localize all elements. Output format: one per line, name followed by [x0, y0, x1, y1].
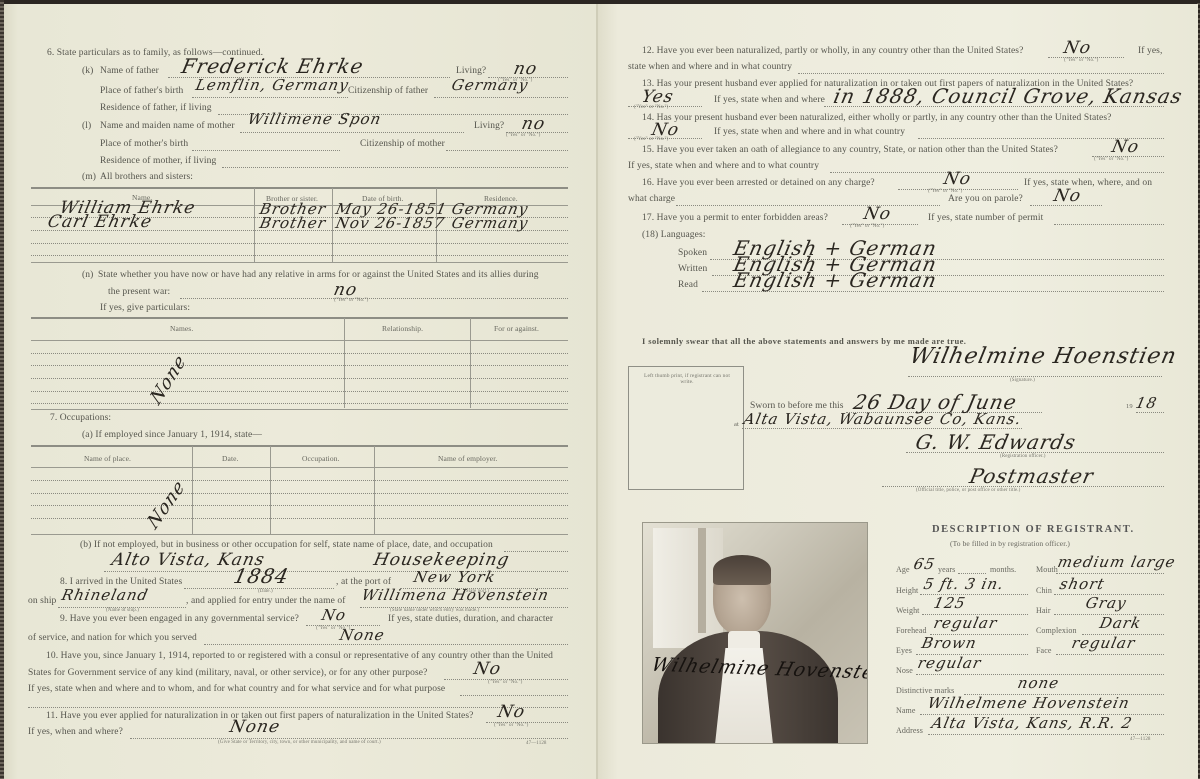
table-header-rule [31, 467, 568, 468]
table-bottom-rule [31, 262, 568, 263]
parole-answer: No [1052, 186, 1083, 206]
table-row-line [31, 391, 568, 392]
q10-question-cont: States for Government service of any kin… [28, 668, 427, 678]
q12-followup-line [798, 73, 1164, 74]
signature-hint: (Signature.) [1010, 378, 1035, 383]
q11-followup-hint: (Give State or Territory, city, town, or… [218, 740, 381, 745]
q15-followup: If yes, state when and where and to what… [628, 161, 819, 171]
q11-followup-answer: None [228, 717, 282, 737]
table-col-divider [254, 188, 255, 262]
col-header-place: Name of place. [84, 454, 131, 463]
q12-answer: No [1062, 38, 1093, 58]
hair-value: Gray [1084, 594, 1128, 612]
relatives-question-cont: the present war: [108, 287, 170, 297]
parole-label: Are you on parole? [948, 194, 1023, 204]
height-value: 5 ft. 3 in. [922, 575, 1006, 593]
chin-value: short [1058, 575, 1106, 593]
years-label: years [938, 565, 955, 574]
form-number: 47—1128 [526, 741, 547, 746]
table-row-line [31, 255, 568, 256]
q10-followup-line [460, 695, 568, 696]
year-line [1136, 412, 1164, 413]
relatives-question: State whether you have now or have had a… [98, 270, 539, 280]
col-header-date: Date. [222, 454, 239, 463]
sibling-dob: Nov 26-1857 [334, 214, 447, 232]
table-row-line [31, 518, 568, 519]
ship-value: Rhineland [60, 586, 150, 604]
weight-value: 125 [932, 594, 967, 612]
section7-heading: 7. Occupations: [50, 413, 111, 423]
mother-marker: (l) [82, 121, 91, 131]
father-name-label: Name of father [100, 66, 159, 76]
address-value: Alta Vista, Kans, R.R. 2 [930, 714, 1134, 732]
q10-answer: No [472, 659, 503, 679]
col-header-occupation: Occupation. [302, 454, 340, 463]
age-value: 65 [912, 555, 937, 573]
q16-followup-line [676, 205, 940, 206]
chin-label: Chin [1036, 586, 1052, 595]
q9-followup: If yes, state duties, duration, and char… [388, 614, 553, 624]
father-birth-value: Lemflin, Germany [194, 76, 351, 94]
mother-citizenship-label: Citizenship of mother [360, 139, 445, 149]
table-col-divider [192, 446, 193, 534]
at-value: Alta Vista, Wabaunsee Co, Kans. [742, 410, 1023, 428]
q14-followup: If yes, state when and where and in what… [714, 127, 905, 137]
weight-label: Weight [896, 606, 920, 615]
description-heading: DESCRIPTION OF REGISTRANT. [932, 524, 1135, 535]
height-label: Height [896, 586, 918, 595]
q10-followup-line2 [28, 707, 568, 708]
q12-followup-cont: state when and where and in what country [628, 62, 792, 72]
mother-residence-line [222, 167, 568, 168]
relatives-hint: ("Yes" or "No.") [334, 298, 368, 303]
father-residence-label: Residence of father, if living [100, 103, 212, 113]
q13-hint: ("Yes" or "No.") [634, 105, 668, 110]
entry-name-hint: (State name under which entry was made.) [390, 608, 479, 613]
mother-living-label: Living? [474, 121, 504, 131]
table-row-line [31, 353, 568, 354]
q10-followup: If yes, state when and where and to whom… [28, 684, 445, 694]
face-line [1056, 654, 1164, 655]
signature-line [908, 376, 1162, 377]
complexion-value: Dark [1098, 614, 1143, 632]
written-label: Written [678, 264, 707, 274]
forehead-value: regular [932, 614, 999, 632]
col-header-for-against: For or against. [494, 324, 539, 333]
applied-label: , and applied for entry under the name o… [186, 596, 345, 606]
officer-name: G. W. Edwards [913, 430, 1078, 454]
q16-question: 16. Have you ever been arrested or detai… [642, 178, 875, 188]
siblings-label: All brothers and sisters: [100, 172, 193, 182]
name-label: Name [896, 706, 916, 715]
table-row-line [31, 243, 568, 244]
thumbprint-box: Left thumb print, if registrant can not … [628, 366, 744, 490]
sibling-residence: Germany [450, 214, 530, 232]
q11-followup: If yes, when and where? [28, 727, 123, 737]
forehead-label: Forehead [896, 626, 927, 635]
not-employed-occupation: Housekeeping [372, 550, 512, 570]
arrived-date: 1884 [231, 564, 291, 588]
right-page: 12. Have you ever been naturalized, part… [598, 4, 1198, 779]
mouth-value: medium large [1056, 553, 1177, 571]
oath-signature: Wilhelmine Hoenstien [907, 344, 1179, 369]
q14-question: 14. Has your present husband ever been n… [642, 113, 1111, 123]
mouth-label: Mouth [1036, 565, 1058, 574]
q16-followup-cont: what charge [628, 194, 675, 204]
arrived-date-hint: (Date.) [258, 589, 273, 594]
q9-followup-line [204, 644, 568, 645]
mother-residence-label: Residence of mother, if living [100, 156, 216, 166]
relatives-marker: (n) [82, 270, 93, 280]
description-subheading: (To be filled in by registration officer… [950, 539, 1070, 548]
q15-hint: ("Yes" or "No.") [1094, 157, 1128, 162]
q11-followup-line [130, 738, 568, 739]
registrant-photo: Wilhelmine Hovenstein [642, 522, 868, 744]
table-col-divider [270, 446, 271, 534]
q13-answer: Yes [640, 87, 676, 107]
father-name-value: Frederick Ehrke [179, 54, 366, 78]
q13-followup-answer: in 1888, Council Grove, Kansas [831, 84, 1184, 108]
read-value: English + German [731, 268, 939, 292]
relatives-answer: no [332, 280, 359, 300]
q11-answer: No [496, 702, 527, 722]
table-rule [31, 317, 568, 319]
q16-answer: No [942, 169, 973, 189]
officer-hint: (Registration officer.) [1000, 454, 1046, 459]
q17-hint: ("Yes" or "No.") [850, 224, 884, 229]
sibling-name: Carl Ehrke [46, 212, 154, 232]
q9-followup-cont: of service, and nation for which you ser… [28, 633, 197, 643]
q9-answer: No [320, 606, 348, 624]
read-label: Read [678, 280, 698, 290]
col-header-employer: Name of employer. [438, 454, 497, 463]
ship-hint: (Name of ship.) [106, 608, 139, 613]
father-birth-line [192, 97, 348, 98]
table-col-divider [332, 188, 333, 262]
col-header-names: Names. [170, 324, 193, 333]
address-line [928, 734, 1164, 735]
ship-label: on ship [28, 596, 56, 606]
face-value: regular [1070, 634, 1137, 652]
q15-question: 15. Have you ever taken an oath of alleg… [642, 145, 1058, 155]
q15-followup-line [830, 172, 1164, 173]
age-label: Age [896, 565, 910, 574]
table-col-divider [374, 446, 375, 534]
q12-question: 12. Have you ever been naturalized, part… [642, 46, 1023, 56]
table-col-divider [470, 318, 471, 408]
mother-birth-label: Place of mother's birth [100, 139, 188, 149]
father-living-label: Living? [456, 66, 486, 76]
mother-name-label: Name and maiden name of mother [100, 121, 235, 131]
father-citizenship-line [434, 97, 568, 98]
q15-answer: No [1110, 137, 1141, 157]
q17-followup-line [1054, 224, 1164, 225]
complexion-label: Complexion [1036, 626, 1077, 635]
relatives-entry: None [147, 350, 190, 410]
nose-value: regular [916, 654, 983, 672]
mother-living-hint: ("Yes" or "No.") [506, 133, 540, 138]
table-bottom-rule [31, 534, 568, 535]
relatives-answer-line [180, 298, 568, 299]
table-row-line [31, 365, 568, 366]
form-number-right: 47—1128 [1130, 737, 1151, 742]
mother-citizenship-line [446, 150, 568, 151]
table-row-line [31, 493, 568, 494]
officer-title: Postmaster [967, 464, 1096, 488]
entry-name: Willimena Hovenstein [360, 586, 551, 604]
year-prefix: 19 [1126, 403, 1133, 410]
languages-heading: (18) Languages: [642, 230, 706, 240]
siblings-marker: (m) [82, 172, 96, 182]
marks-value: none [1016, 674, 1061, 692]
q10-hint: ("Yes" or "No.") [488, 680, 522, 685]
q9-question: 9. Have you ever been engaged in any gov… [60, 614, 299, 624]
q9-followup-answer: None [338, 626, 387, 644]
mother-living-value: no [520, 114, 547, 134]
mother-birth-line [192, 150, 340, 151]
year-value: 18 [1134, 394, 1159, 412]
table-row-line [31, 403, 568, 404]
mouth-line [1056, 573, 1164, 574]
q11-hint: ("Yes" or "No.") [494, 723, 528, 728]
q12-hint: ("Yes" or "No.") [1064, 58, 1098, 63]
at-line [742, 428, 1022, 429]
q17-answer: No [862, 204, 893, 224]
at-label: at [734, 421, 739, 428]
table-row-line [31, 378, 568, 379]
q13-followup: If yes, state when and where [714, 95, 825, 105]
not-employed-answer-line [104, 571, 568, 572]
photo-hair [713, 555, 771, 585]
not-employed-label: (b) If not employed, but in business or … [80, 540, 493, 550]
photo-window-frame [698, 528, 706, 633]
father-marker: (k) [82, 66, 93, 76]
hair-label: Hair [1036, 606, 1051, 615]
q17-followup: If yes, state number of permit [928, 213, 1043, 223]
col-header-relationship: Relationship. [382, 324, 423, 333]
mother-name-value: Willimene Spon [246, 110, 383, 128]
table-row-line [31, 505, 568, 506]
q16-followup: If yes, state when, where, and on [1024, 178, 1152, 188]
father-citizenship-label: Citizenship of father [348, 86, 428, 96]
left-page: 6. State particulars as to family, as fo… [4, 4, 598, 779]
thumbprint-label: Left thumb print, if registrant can not … [643, 373, 731, 385]
q17-question: 17. Have you a permit to enter forbidden… [642, 213, 828, 223]
q12-followup: If yes, [1138, 46, 1162, 56]
table-header-rule [31, 340, 568, 341]
eyes-label: Eyes [896, 646, 912, 655]
nose-label: Nose [896, 666, 913, 675]
table-row-line [31, 480, 568, 481]
relatives-particulars-label: If yes, give particulars: [100, 303, 190, 313]
months-label: months. [990, 565, 1016, 574]
address-label: Address [896, 726, 923, 735]
sibling-relation: Brother [258, 214, 328, 232]
table-col-divider [344, 318, 345, 408]
port-value: New York [412, 568, 497, 586]
spoken-label: Spoken [678, 248, 707, 258]
mother-name-line [240, 132, 464, 133]
not-employed-line [504, 551, 568, 552]
name-value: Wilhelmene Hovenstein [926, 694, 1132, 712]
father-citizenship-value: Germany [450, 76, 530, 94]
father-birth-label: Place of father's birth [100, 86, 183, 96]
table-rule [31, 445, 568, 447]
face-label: Face [1036, 646, 1052, 655]
months-line [958, 573, 986, 574]
table-bottom-rule [31, 409, 568, 410]
eyes-value: Brown [920, 634, 979, 652]
employed-label: (a) If employed since January 1, 1914, s… [82, 430, 262, 440]
title-hint: (Official title, police, or post office … [916, 488, 1020, 493]
table-rule [31, 187, 568, 189]
q14-hint: ("Yes" or "No.") [634, 137, 668, 142]
